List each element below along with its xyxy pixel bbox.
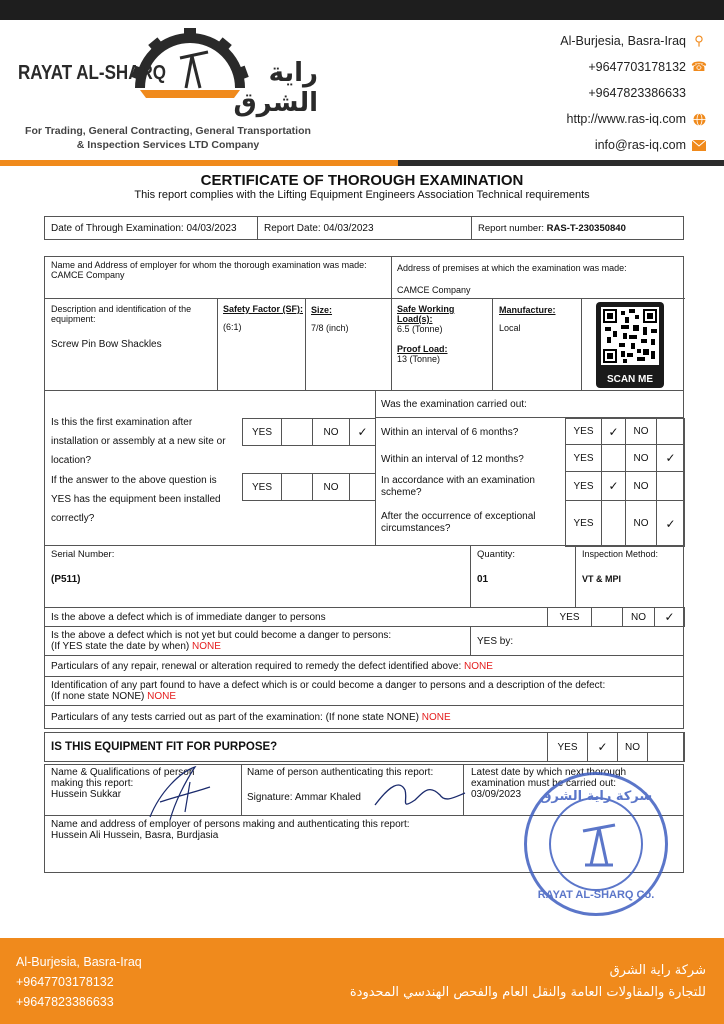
exceptional-question: After the occurrence of exceptional circ… xyxy=(381,511,561,535)
employer-persons-field: Name and address of employer of persons … xyxy=(51,819,410,841)
repair-value: NONE xyxy=(464,661,493,672)
company-stamp: شركة راية الشرق RAYAT AL-SHARQ Co. xyxy=(524,772,668,916)
immediate-danger-yes[interactable]: YES xyxy=(547,607,592,627)
yes-label: YES xyxy=(557,742,577,753)
yes-label: YES xyxy=(573,518,593,529)
checkmark-icon: ✓ xyxy=(597,740,607,754)
footer-arabic-line-2: للتجارة والمقاولات العامة والنقل العام و… xyxy=(350,982,706,1004)
location-pin-icon: ⚲ xyxy=(692,34,706,48)
footer-address: Al-Burjesia, Basra-Iraq xyxy=(16,952,142,972)
part-defect-line-1: Identification of any part found to have… xyxy=(51,680,605,691)
future-danger-line-1: Is the above a defect which is not yet b… xyxy=(51,630,391,641)
fit-for-purpose-question: IS THIS EQUIPMENT FIT FOR PURPOSE? xyxy=(51,741,277,753)
scheme-no-check[interactable] xyxy=(656,471,685,501)
part-defect-value: NONE xyxy=(147,691,176,702)
employer-persons-value: Hussein Ali Hussein, Basra, Burdjasia xyxy=(51,830,410,841)
checkmark-icon: ✓ xyxy=(608,425,618,439)
divider xyxy=(581,298,582,390)
divider xyxy=(257,217,258,239)
logo-text-arabic: راية الشرق xyxy=(218,58,318,118)
safety-factor-value: (6:1) xyxy=(223,322,303,332)
proof-load-label: Proof Load: xyxy=(397,344,487,354)
contact-email[interactable]: info@ras-iq.com xyxy=(560,132,706,158)
divider xyxy=(575,546,576,607)
twelve-months-no-check[interactable]: ✓ xyxy=(656,444,685,472)
spacer-icon xyxy=(692,86,706,100)
part-defect-line-2: (If none state NONE) xyxy=(51,691,144,702)
immediate-danger-no-check[interactable]: ✓ xyxy=(654,607,685,627)
fit-for-purpose-row: IS THIS EQUIPMENT FIT FOR PURPOSE? YES ✓… xyxy=(44,732,684,762)
tests-question: Particulars of any tests carried out as … xyxy=(51,712,419,723)
header-contact-block: Al-Burjesia, Basra-Iraq ⚲ +9647703178132… xyxy=(560,28,706,158)
divider xyxy=(241,765,242,815)
fit-yes[interactable]: YES xyxy=(547,732,588,762)
swl-value: 6.5 (Tonne) xyxy=(397,324,487,334)
contact-phone-2: +9647823386633 xyxy=(560,80,706,106)
part-defect-field: Identification of any part found to have… xyxy=(51,680,605,702)
twelve-months-yes-check[interactable] xyxy=(601,444,626,472)
twelve-months-question: Within an interval of 12 months? xyxy=(381,454,524,465)
divider xyxy=(471,217,472,239)
footer-phone-1: +9647703178132 xyxy=(16,972,142,992)
signature-2-icon xyxy=(370,775,470,815)
no-label: NO xyxy=(324,427,339,438)
equipment-value: Screw Pin Bow Shackles xyxy=(51,340,216,350)
no-label: NO xyxy=(634,426,649,437)
no-label: NO xyxy=(634,481,649,492)
fit-no-check[interactable] xyxy=(647,732,685,762)
report-dates-row: Date of Through Examination: 04/03/2023 … xyxy=(44,216,684,240)
repair-question: Particulars of any repair, renewal or al… xyxy=(51,661,461,672)
premises-value: CAMCE Company xyxy=(397,284,677,296)
tests-row: Particulars of any tests carried out as … xyxy=(44,705,684,729)
yes-label: YES xyxy=(573,453,593,464)
six-months-question: Within an interval of 6 months? xyxy=(381,427,518,438)
oil-pump-icon xyxy=(579,819,619,869)
signature-1-icon xyxy=(140,762,220,822)
size-label: Size: xyxy=(311,304,391,316)
contact-address: Al-Burjesia, Basra-Iraq ⚲ xyxy=(560,28,706,54)
phone-text-1: +9647703178132 xyxy=(588,60,686,74)
top-dark-bar xyxy=(0,0,724,20)
safety-factor-field: Safety Factor (SF): (6:1) xyxy=(223,304,303,332)
globe-icon xyxy=(692,112,706,126)
repair-field: Particulars of any repair, renewal or al… xyxy=(51,661,493,672)
inspection-method-value: VT & MPI xyxy=(582,574,621,584)
premises-field: Address of premises at which the examina… xyxy=(397,262,677,296)
phone-text-2: +9647823386633 xyxy=(588,86,686,100)
checkmark-icon: ✓ xyxy=(664,610,674,624)
header-divider xyxy=(0,160,724,166)
six-months-yes[interactable]: YES xyxy=(565,418,602,445)
divider xyxy=(492,298,493,390)
installed-correctly-question: If the answer to the above question is Y… xyxy=(51,471,236,528)
no-label: NO xyxy=(634,453,649,464)
report-date-label: Report Date: xyxy=(264,223,321,234)
qr-code-icon xyxy=(601,307,659,365)
report-date-value: 04/03/2023 xyxy=(323,223,373,234)
yes-label: YES xyxy=(252,427,272,438)
size-value: 7/8 (inch) xyxy=(311,322,391,334)
tests-field: Particulars of any tests carried out as … xyxy=(51,712,451,723)
exam-date-field: Date of Through Examination: 04/03/2023 xyxy=(51,223,237,234)
first-exam-no[interactable]: NO xyxy=(312,418,350,446)
yes-label: YES xyxy=(252,482,272,493)
tagline-line-1: For Trading, General Contracting, Genera… xyxy=(18,124,318,138)
six-months-no-check[interactable] xyxy=(656,418,685,445)
company-tagline: For Trading, General Contracting, Genera… xyxy=(18,124,318,152)
checkmark-icon: ✓ xyxy=(608,479,618,493)
footer-arabic-line-1: شركة راية الشرق xyxy=(350,960,706,982)
scheme-yes-check[interactable]: ✓ xyxy=(601,471,626,501)
future-danger-line-2: (If YES state the date by when) xyxy=(51,641,189,652)
repair-row: Particulars of any repair, renewal or al… xyxy=(44,655,684,677)
exceptional-yes-check[interactable] xyxy=(601,500,626,547)
checkmark-icon: ✓ xyxy=(665,451,675,465)
no-label: NO xyxy=(631,612,646,623)
divider xyxy=(375,391,376,545)
safety-factor-label: Safety Factor (SF): xyxy=(223,304,303,314)
divider xyxy=(391,257,392,390)
envelope-icon xyxy=(692,138,706,152)
checkmark-icon: ✓ xyxy=(665,517,675,531)
qr-code[interactable]: SCAN ME xyxy=(596,302,664,388)
exam-date-value: 04/03/2023 xyxy=(186,223,236,234)
report-date-field: Report Date: 04/03/2023 xyxy=(264,223,374,234)
serial-label: Serial Number: xyxy=(51,549,114,560)
divider xyxy=(305,298,306,390)
immediate-danger-question: Is the above a defect which is of immedi… xyxy=(51,612,326,623)
no-label: NO xyxy=(634,518,649,529)
six-months-no[interactable]: NO xyxy=(625,418,657,445)
first-exam-yes[interactable]: YES xyxy=(242,418,282,446)
report-number-value: RAS-T-230350840 xyxy=(547,223,626,234)
immediate-danger-no[interactable]: NO xyxy=(622,607,655,627)
telephone-icon: ☎ xyxy=(692,60,706,74)
employer-persons-label: Name and address of employer of persons … xyxy=(51,819,410,830)
installed-yes[interactable]: YES xyxy=(242,473,282,501)
future-danger-question: Is the above a defect which is not yet b… xyxy=(51,630,391,652)
manufacture-value: Local xyxy=(499,322,579,334)
fit-yes-check[interactable]: ✓ xyxy=(587,732,618,762)
tagline-line-2: & Inspection Services LTD Company xyxy=(18,138,318,152)
yes-by-label: YES by: xyxy=(477,636,513,647)
footer-arabic: شركة راية الشرق للتجارة والمقاولات العام… xyxy=(350,960,706,1004)
examination-questions-block: Is this the first examination after inst… xyxy=(44,390,684,546)
scheme-question: In accordance with an examination scheme… xyxy=(381,475,561,499)
no-label: NO xyxy=(324,482,339,493)
future-danger-row: Is the above a defect which is not yet b… xyxy=(44,626,684,656)
installed-no-check[interactable] xyxy=(349,473,376,501)
serial-value: (P511) xyxy=(51,574,80,585)
employer-label: Name and Address of employer for whom th… xyxy=(51,260,381,270)
equipment-block: Name and Address of employer for whom th… xyxy=(44,256,684,391)
premises-label: Address of premises at which the examina… xyxy=(397,262,677,274)
scan-me-label: SCAN ME xyxy=(596,374,664,385)
footer-phone-2: +9647823386633 xyxy=(16,992,142,1012)
website-link[interactable]: http://www.ras-iq.com xyxy=(567,112,686,126)
future-danger-value: NONE xyxy=(192,641,221,652)
installed-yes-check[interactable] xyxy=(281,473,313,501)
divider xyxy=(217,298,218,390)
contact-website[interactable]: http://www.ras-iq.com xyxy=(560,106,706,132)
exceptional-yes[interactable]: YES xyxy=(565,500,602,547)
certificate-title: CERTIFICATE OF THOROUGH EXAMINATION xyxy=(0,172,724,189)
email-link[interactable]: info@ras-iq.com xyxy=(595,138,686,152)
installed-no[interactable]: NO xyxy=(312,473,350,501)
employer-field: Name and Address of employer for whom th… xyxy=(51,260,381,280)
report-number-label: Report number: xyxy=(478,223,544,234)
equipment-field: Description and identification of the eq… xyxy=(51,304,216,350)
scheme-no[interactable]: NO xyxy=(625,471,657,501)
fit-no[interactable]: NO xyxy=(617,732,648,762)
quantity-value: 01 xyxy=(477,574,488,585)
address-text: Al-Burjesia, Basra-Iraq xyxy=(560,34,686,48)
quantity-label: Quantity: xyxy=(477,549,515,560)
footer-contact: Al-Burjesia, Basra-Iraq +9647703178132 +… xyxy=(16,952,142,1012)
contact-phone-1: +9647703178132 ☎ xyxy=(560,54,706,80)
divider xyxy=(45,298,685,299)
exam-date-label: Date of Through Examination: xyxy=(51,223,184,234)
scheme-yes[interactable]: YES xyxy=(565,471,602,501)
footer: Al-Burjesia, Basra-Iraq +9647703178132 +… xyxy=(0,938,724,1024)
yes-label: YES xyxy=(573,426,593,437)
twelve-months-yes[interactable]: YES xyxy=(565,444,602,472)
report-number-field: Report number: RAS-T-230350840 xyxy=(478,223,626,234)
immediate-danger-yes-check[interactable] xyxy=(591,607,623,627)
employer-value: CAMCE Company xyxy=(51,270,381,280)
first-exam-yes-check[interactable] xyxy=(281,418,313,446)
six-months-yes-check[interactable]: ✓ xyxy=(601,418,626,445)
exceptional-no-check[interactable]: ✓ xyxy=(656,500,685,547)
serial-block: Serial Number: (P511) Quantity: 01 Inspe… xyxy=(44,545,684,608)
twelve-months-no[interactable]: NO xyxy=(625,444,657,472)
part-defect-row: Identification of any part found to have… xyxy=(44,676,684,706)
certificate-subtitle: This report complies with the Lifting Eq… xyxy=(0,189,724,201)
divider xyxy=(470,627,471,655)
yes-label: YES xyxy=(573,481,593,492)
first-exam-no-check[interactable]: ✓ xyxy=(349,418,376,446)
equipment-label: Description and identification of the eq… xyxy=(51,304,216,324)
yes-label: YES xyxy=(559,612,579,623)
first-exam-question: Is this the first examination after inst… xyxy=(51,413,236,470)
divider xyxy=(470,546,471,607)
load-field: Safe Working Load(s): 6.5 (Tonne) Proof … xyxy=(397,304,487,364)
immediate-danger-row: Is the above a defect which is of immedi… xyxy=(44,607,684,627)
proof-load-value: 13 (Tonne) xyxy=(397,354,487,364)
inspection-method-label: Inspection Method: xyxy=(582,549,658,559)
carried-out-question: Was the examination carried out: xyxy=(381,399,527,410)
checkmark-icon: ✓ xyxy=(357,425,367,439)
size-field: Size: 7/8 (inch) xyxy=(311,304,391,334)
company-logo: RAYAT AL-SHARQ راية الشرق xyxy=(18,28,318,118)
stamp-english-text: RAYAT AL-SHARQ Co. xyxy=(527,889,665,901)
stamp-arabic-text: شركة راية الشرق xyxy=(527,789,665,804)
exceptional-no[interactable]: NO xyxy=(625,500,657,547)
logo-text-english: RAYAT AL-SHARQ xyxy=(18,62,166,85)
manufacture-field: Manufacture: Local xyxy=(499,304,579,334)
swl-label: Safe Working Load(s): xyxy=(397,304,487,324)
tests-value: NONE xyxy=(422,712,451,723)
manufacture-label: Manufacture: xyxy=(499,304,579,316)
no-label: NO xyxy=(625,742,640,753)
